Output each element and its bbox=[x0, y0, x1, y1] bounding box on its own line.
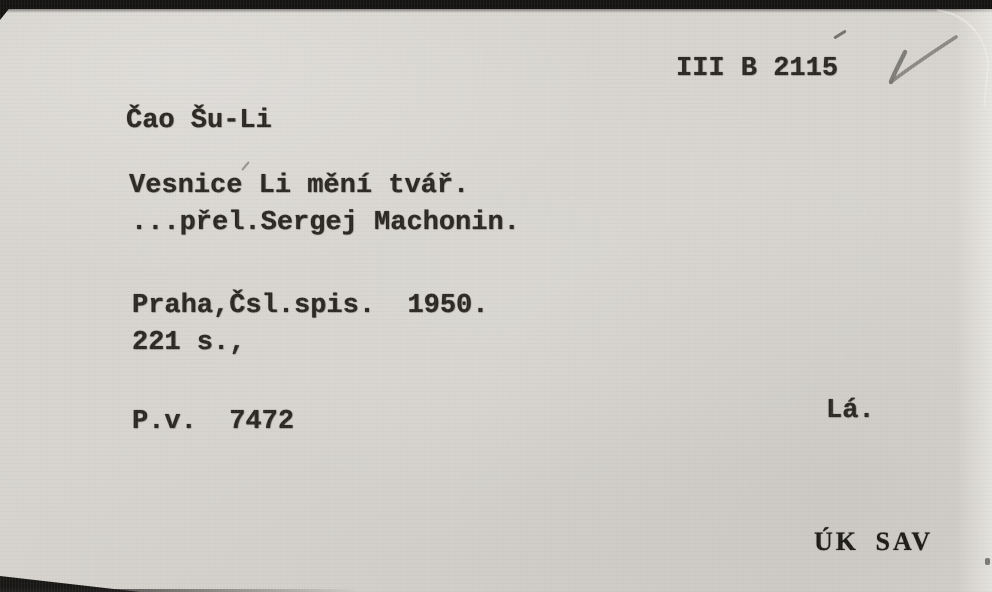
photo-edge-top-shadow bbox=[0, 8, 992, 13]
title-line: Vesnice Li mění tvář. bbox=[129, 171, 469, 201]
photo-corner-top-left bbox=[0, 0, 16, 20]
library-stamp: ÚK SAV bbox=[814, 527, 933, 557]
pencil-check-icon bbox=[876, 32, 972, 96]
catalog-card-scan: III B 2115 Čao Šu-Li Vesnice Li mění tvá… bbox=[0, 0, 992, 592]
card-edge-highlight bbox=[956, 9, 992, 592]
author-heading: Čao Šu-Li bbox=[126, 106, 272, 136]
imprint-line: Praha,Čsl.spis. 1950. bbox=[132, 291, 488, 321]
call-number: III B 2115 bbox=[676, 54, 838, 84]
faint-type-mark bbox=[241, 161, 250, 171]
accession-number: P.v. 7472 bbox=[132, 407, 294, 437]
pagination-line: 221 s., bbox=[132, 328, 245, 358]
translator-line: ...přel.Sergej Machonin. bbox=[131, 208, 520, 238]
stray-pencil-mark bbox=[833, 30, 846, 40]
edge-speck bbox=[985, 558, 990, 565]
cataloguer-initials: Lá. bbox=[826, 396, 875, 426]
